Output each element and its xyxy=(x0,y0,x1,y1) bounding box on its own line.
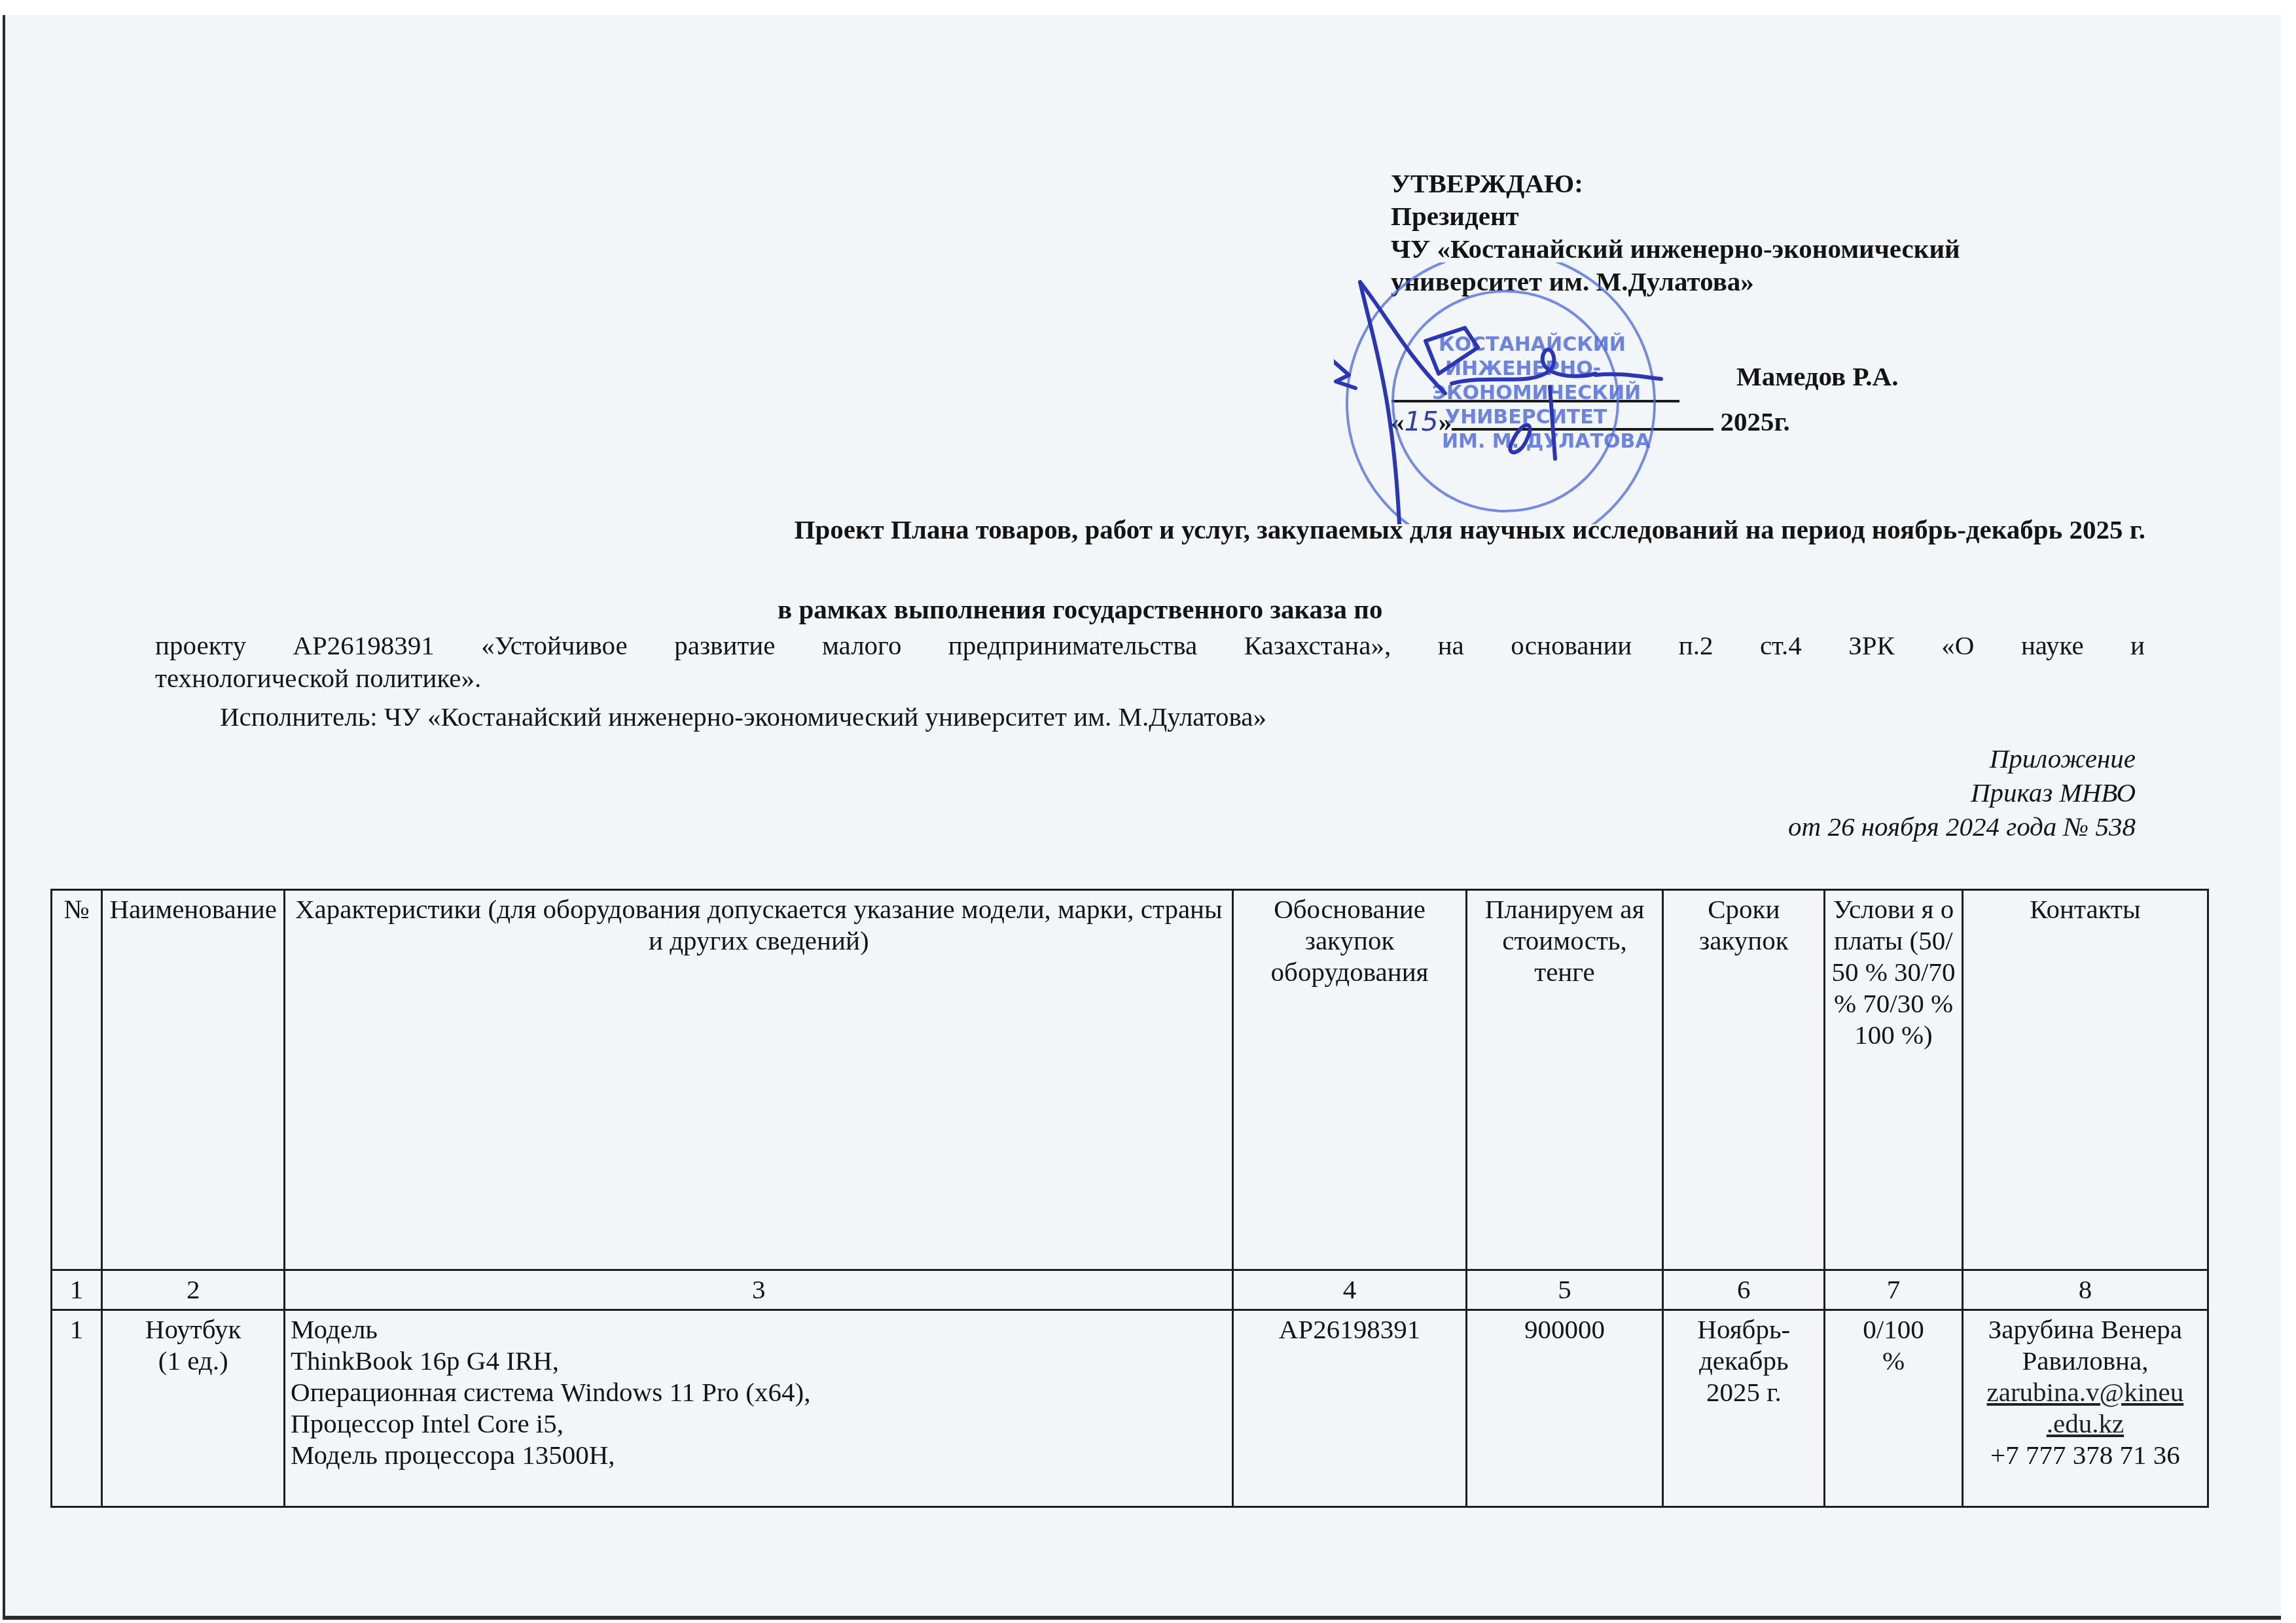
column-number: 6 xyxy=(1663,1270,1825,1310)
table-column-number-row: 1 2 3 4 5 6 7 8 xyxy=(52,1270,2208,1310)
contact-email-link-cont[interactable]: .edu.kz xyxy=(1969,1408,2202,1439)
column-number: 7 xyxy=(1825,1270,1963,1310)
spec-line: Модель процессора 13500H, xyxy=(291,1439,1227,1471)
column-number: 4 xyxy=(1233,1270,1466,1310)
term-line: Ноябрь- xyxy=(1669,1313,1818,1345)
date-open-quote: « xyxy=(1391,406,1405,437)
contact-name: Зарубина Венера xyxy=(1969,1313,2202,1345)
payment-line: % xyxy=(1831,1345,1956,1376)
term-line: 2025 г. xyxy=(1669,1376,1818,1408)
contact-name-cont: Равиловна, xyxy=(1969,1345,2202,1376)
header-number: № xyxy=(52,890,102,1270)
project-paragraph-line2: технологической политике». xyxy=(155,663,481,693)
header-term: Сроки закупок xyxy=(1663,890,1825,1270)
contact-phone: +7 777 378 71 36 xyxy=(1969,1439,2202,1471)
official-stamp-icon: КОСТАНАЙСКИЙ ИНЖЕНЕРНО- ЭКОНОМИЧЕСКИЙ УН… xyxy=(1334,262,1668,524)
signatory-name: Мамедов Р.А. xyxy=(1736,361,1898,392)
contact-email-link[interactable]: zarubina.v@kineu xyxy=(1969,1376,2202,1408)
table-header-row: № Наименование Характеристики (для обору… xyxy=(52,890,2208,1270)
approval-heading: УТВЕРЖДАЮ: xyxy=(1391,167,1960,200)
date-close-quote: » xyxy=(1439,406,1452,437)
date-year: 2025г. xyxy=(1720,406,1789,437)
spec-line: Модель xyxy=(291,1313,1227,1345)
spec-line: Процессор Intel Core i5, xyxy=(291,1408,1227,1439)
date-month-blank xyxy=(1452,404,1713,431)
column-number: 1 xyxy=(52,1270,102,1310)
date-day-handwritten: 15 xyxy=(1405,406,1439,437)
spec-line: ThinkBook 16p G4 IRH, xyxy=(291,1345,1227,1376)
table-row: 1 Ноутбук (1 ед.) Модель ThinkBook 16p G… xyxy=(52,1310,2208,1507)
payment-line: 0/100 xyxy=(1831,1313,1956,1345)
approval-position: Президент xyxy=(1391,200,1960,232)
cell-specs: Модель ThinkBook 16p G4 IRH, Операционна… xyxy=(285,1310,1233,1507)
approval-block: УТВЕРЖДАЮ: Президент ЧУ «Костанайский ин… xyxy=(1391,167,1960,298)
cell-contacts: Зарубина Венера Равиловна, zarubina.v@ki… xyxy=(1962,1310,2208,1507)
header-cost: Планируем ая стоимость, тенге xyxy=(1466,890,1663,1270)
appendix-order: Приказ МНВО xyxy=(1788,776,2136,810)
signature-line xyxy=(1391,400,1679,402)
appendix-reference: Приложение Приказ МНВО от 26 ноября 2024… xyxy=(1788,741,2136,844)
appendix-label: Приложение xyxy=(1788,741,2136,776)
column-number: 8 xyxy=(1962,1270,2208,1310)
approval-date: «15» 2025г. xyxy=(1391,404,1790,437)
item-name: Ноутбук xyxy=(108,1313,278,1345)
project-paragraph-line1: проекту AP26198391 «Устойчивое развитие … xyxy=(155,629,2145,662)
svg-text:КОСТАНАЙСКИЙ: КОСТАНАЙСКИЙ xyxy=(1439,332,1626,356)
item-quantity: (1 ед.) xyxy=(108,1345,278,1376)
header-name: Наименование xyxy=(102,890,285,1270)
document-title: Проект Плана товаров, работ и услуг, зак… xyxy=(5,514,2145,545)
column-number: 5 xyxy=(1466,1270,1663,1310)
cell-name: Ноутбук (1 ед.) xyxy=(102,1310,285,1507)
approval-org-line1: ЧУ «Костанайский инженерно-экономический xyxy=(1391,232,1960,265)
cell-number: 1 xyxy=(52,1310,102,1507)
cell-cost: 900000 xyxy=(1466,1310,1663,1507)
term-line: декабрь xyxy=(1669,1345,1818,1376)
cell-payment-terms: 0/100 % xyxy=(1825,1310,1963,1507)
executor-line: Исполнитель: ЧУ «Костанайский инженерно-… xyxy=(220,701,1266,732)
cell-justification: AP26198391 xyxy=(1233,1310,1466,1507)
header-specs: Характеристики (для оборудования допуска… xyxy=(285,890,1233,1270)
cell-term: Ноябрь- декабрь 2025 г. xyxy=(1663,1310,1825,1507)
header-payment-terms: Услови я оплаты (50/50 % 30/70 % 70/30 %… xyxy=(1825,890,1963,1270)
column-number: 3 xyxy=(285,1270,1233,1310)
column-number: 2 xyxy=(102,1270,285,1310)
scanned-document-page: УТВЕРЖДАЮ: Президент ЧУ «Костанайский ин… xyxy=(3,15,2281,1620)
project-paragraph: проекту AP26198391 «Устойчивое развитие … xyxy=(155,629,2145,694)
spec-line: Операционная система Windows 11 Pro (x64… xyxy=(291,1376,1227,1408)
header-justification: Обоснование закупок оборудования xyxy=(1233,890,1466,1270)
header-contacts: Контакты xyxy=(1962,890,2208,1270)
procurement-plan-table: № Наименование Характеристики (для обору… xyxy=(50,889,2209,1508)
document-subtitle: в рамках выполнения государственного зак… xyxy=(778,594,1382,625)
svg-text:ИНЖЕНЕРНО-: ИНЖЕНЕРНО- xyxy=(1445,357,1601,380)
approval-org-line2: университет им. М.Дулатова» xyxy=(1391,265,1960,298)
appendix-order-date: от 26 ноября 2024 года № 538 xyxy=(1788,810,2136,844)
